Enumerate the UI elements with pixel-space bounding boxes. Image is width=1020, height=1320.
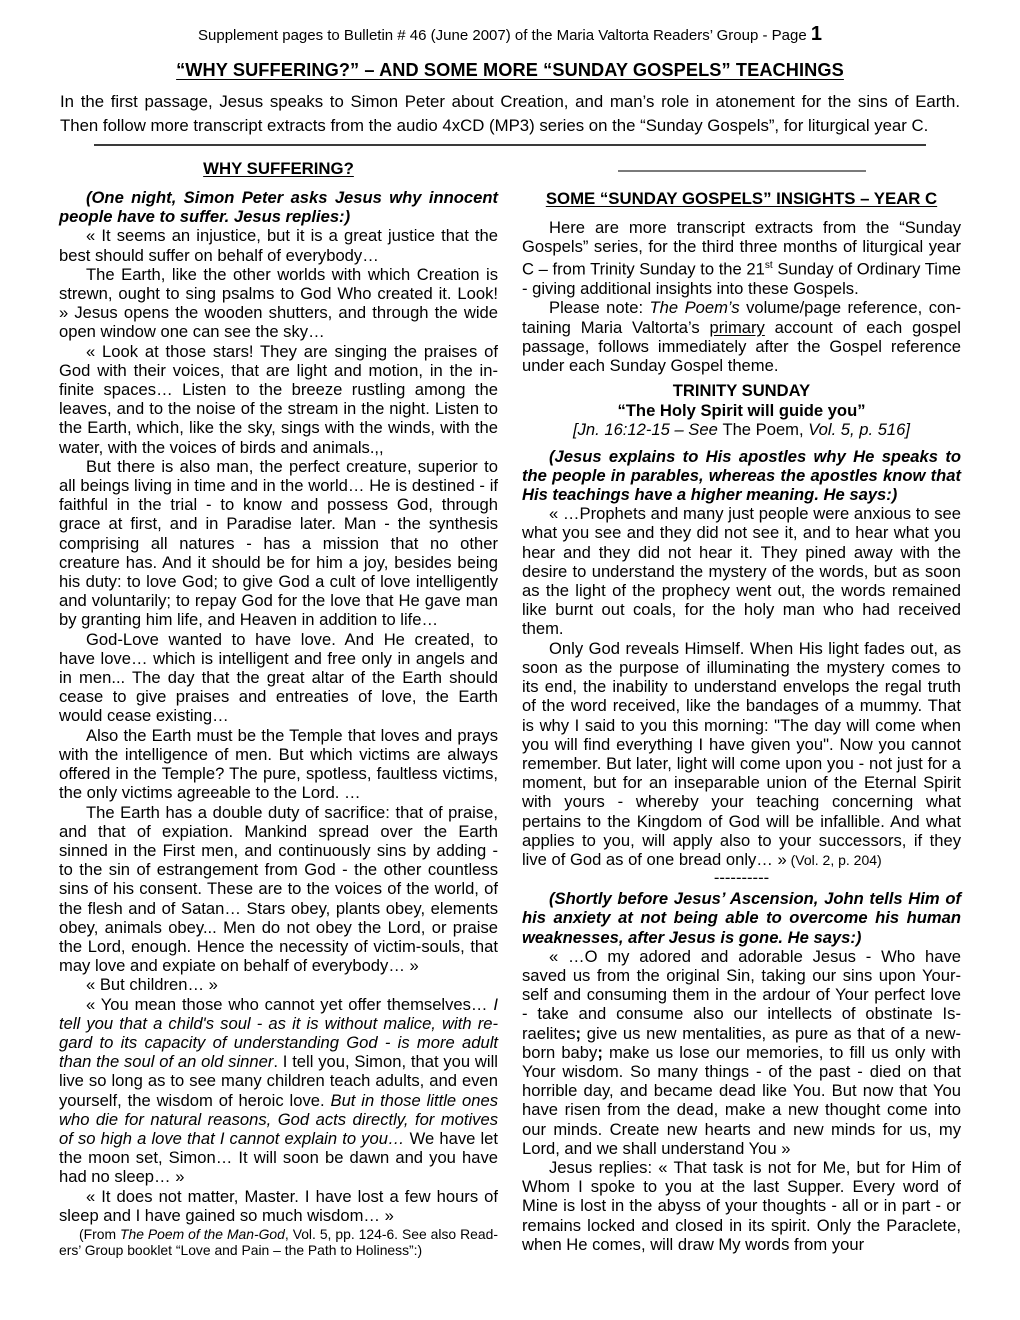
text-run: [Jn. 16:12-15 – See (573, 420, 722, 439)
body-paragraph: « But children… » (59, 975, 498, 994)
two-column-body: WHY SUFFERING?(One night, Simon Peter as… (0, 157, 1020, 1259)
text-run: WHY SUFFERING? (203, 159, 354, 178)
header-text: Supplement pages to Bulletin # 46 (June … (198, 27, 811, 44)
text-run: SOME “SUNDAY GOSPELS” INSIGHTS – YEAR C (546, 189, 937, 208)
body-paragraph: The Earth has a double duty of sacrifice… (59, 803, 498, 976)
text-run: « It does not matter, Master. I have los… (59, 1187, 498, 1225)
right-column: SOME “SUNDAY GOSPELS” INSIGHTS – YEAR CH… (522, 157, 961, 1259)
text-run: The Earth, like the other worlds with wh… (59, 265, 498, 342)
text-run: « But children… » (86, 975, 218, 994)
body-paragraph: « …O my adored and adorable Jesus - Who … (522, 947, 961, 1158)
text-run: But there is also man, the perfect creat… (59, 457, 498, 630)
text-run: Only God reveals Himself. When His light… (522, 639, 961, 869)
body-paragraph: « You mean those who cannot yet offer th… (59, 995, 498, 1187)
text-run: (Vol. 2, p. 204) (787, 852, 882, 868)
text-run: The Earth has a double duty of sacrifice… (59, 803, 498, 976)
text-run: « …Prophets and many just people were an… (522, 504, 961, 638)
trinity-sunday-heading: TRINITY SUNDAY (522, 381, 961, 401)
body-paragraph: But there is also man, the perfect creat… (59, 457, 498, 630)
page-header: Supplement pages to Bulletin # 46 (June … (0, 0, 1020, 45)
text-run: TRINITY SUNDAY (673, 381, 810, 400)
stage-direction: (Jesus explains to His apostles why He s… (522, 447, 961, 505)
page-title: “WHY SUFFERING?” – AND SOME MORE “SUNDAY… (0, 60, 1020, 81)
text-run: st (765, 260, 773, 271)
intro-paragraph: In the first passage, Jesus speaks to Si… (60, 90, 960, 137)
text-run: (Shortly before Jesus’ Ascension, John t… (522, 889, 961, 946)
text-run: God-Love wanted to have love. And He cre… (59, 630, 498, 726)
text-run: (From (79, 1226, 120, 1242)
text-run: (One night, Simon Peter asks Jesus why i… (59, 188, 498, 226)
section-divider (94, 144, 926, 146)
body-paragraph: Here are more transcript extracts from t… (522, 218, 961, 298)
page-number: 1 (811, 23, 822, 45)
text-run: ---------- (714, 868, 769, 887)
column-divider-line (618, 170, 866, 172)
body-paragraph: Please note: The Poem’s volume/page refe… (522, 298, 961, 375)
sunday-gospels-heading: SOME “SUNDAY GOSPELS” INSIGHTS – YEAR C (522, 189, 961, 209)
text-run: « You mean those who cannot yet offer th… (86, 995, 493, 1014)
text-run: The Poem, (722, 420, 808, 439)
text-run: Also the Earth must be the Temple that l… (59, 726, 498, 803)
body-paragraph: Also the Earth must be the Temple that l… (59, 726, 498, 803)
text-run: The Poem of the Man-God (120, 1226, 285, 1242)
body-paragraph: « It seems an injustice, but it is a gre… (59, 226, 498, 264)
body-paragraph: « …Prophets and many just people were an… (522, 504, 961, 638)
document-page: Supplement pages to Bulletin # 46 (June … (0, 0, 1020, 1320)
why-suffering-heading: WHY SUFFERING? (59, 159, 498, 179)
text-run: Please note: (549, 298, 650, 317)
body-paragraph: Only God reveals Himself. When His light… (522, 639, 961, 870)
body-paragraph: The Earth, like the other worlds with wh… (59, 265, 498, 342)
text-run: « It seems an injustice, but it is a gre… (59, 226, 498, 264)
text-run: The Poem’s (650, 298, 740, 317)
gospel-reference: [Jn. 16:12-15 – See The Poem, Vol. 5, p.… (522, 420, 961, 440)
body-paragraph: « Look at those stars! They are singing … (59, 342, 498, 457)
gospel-theme-title: “The Holy Spirit will guide you” (522, 401, 961, 421)
dash-separator: ---------- (522, 870, 961, 885)
stage-direction: (One night, Simon Peter asks Jesus why i… (59, 188, 498, 226)
body-paragraph: « It does not matter, Master. I have los… (59, 1187, 498, 1225)
body-paragraph: Jesus replies: « That task is not for Me… (522, 1158, 961, 1254)
text-run: primary (710, 318, 765, 337)
text-run: “The Holy Spirit will guide you” (618, 401, 866, 420)
source-footnote: (From The Poem of the Man-God, Vol. 5, p… (59, 1226, 498, 1259)
text-run: (Jesus explains to His apostles why He s… (522, 447, 961, 504)
text-run: « Look at those stars! They are singing … (59, 342, 498, 457)
stage-direction: (Shortly before Jesus’ Ascension, John t… (522, 889, 961, 947)
text-run: Vol. 5, p. 516] (808, 420, 910, 439)
body-paragraph: God-Love wanted to have love. And He cre… (59, 630, 498, 726)
left-column: WHY SUFFERING?(One night, Simon Peter as… (59, 157, 498, 1259)
text-run: Jesus replies: « That task is not for Me… (522, 1158, 961, 1254)
